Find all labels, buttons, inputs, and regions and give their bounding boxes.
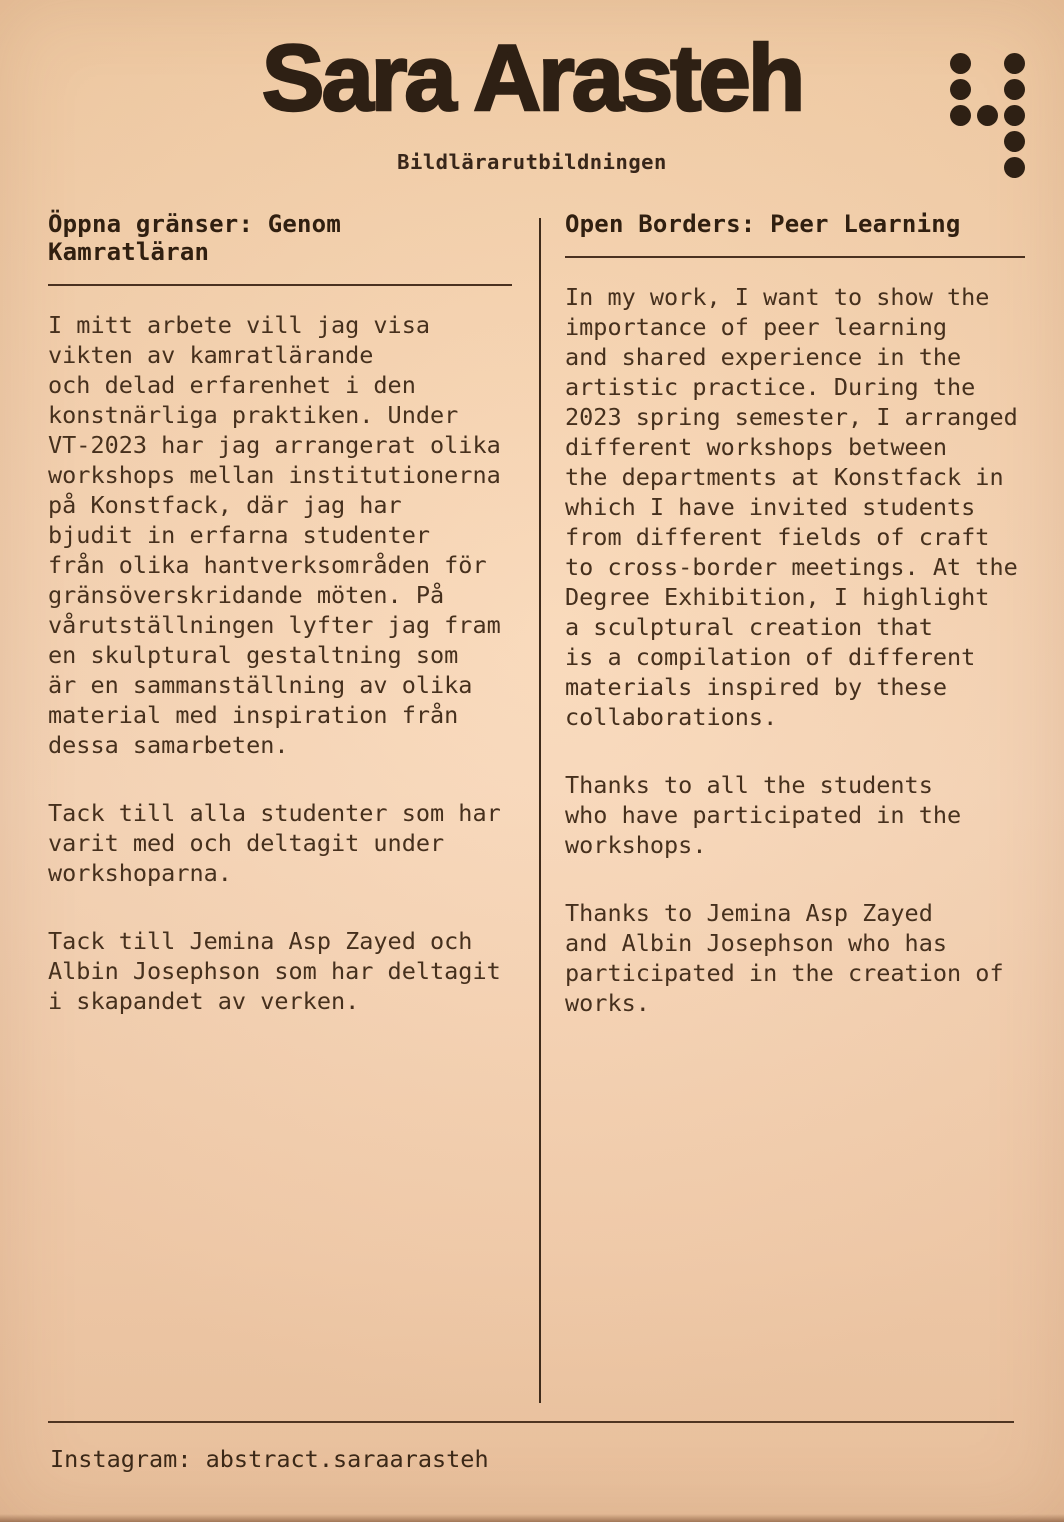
swedish-paragraph-2: Tack till alla studenter som har varit m… (48, 798, 512, 888)
logo-dot (950, 79, 971, 100)
exhibition-info-sheet: Sara Arasteh Bildlärarutbildningen Öppna… (0, 0, 1064, 1522)
english-paragraph-3: Thanks to Jemina Asp Zayed and Albin Jos… (565, 898, 1025, 1018)
footer-divider (48, 1421, 1014, 1423)
logo-dot (1004, 131, 1025, 152)
logo-dot-empty (977, 131, 998, 152)
column-divider (539, 218, 541, 1403)
photo-bottom-shadow (0, 1514, 1064, 1522)
logo-dot (1004, 105, 1025, 126)
english-column: Open Borders: Peer Learning In my work, … (565, 210, 1025, 1056)
logo-dot-empty (977, 53, 998, 74)
swedish-heading: Öppna gränser: Genom Kamratläran (48, 210, 512, 286)
logo-dot (950, 105, 971, 126)
logo-dot-empty (977, 79, 998, 100)
english-paragraph-2: Thanks to all the students who have part… (565, 770, 1025, 860)
logo-dot (950, 53, 971, 74)
swedish-paragraph-3: Tack till Jemina Asp Zayed och Albin Jos… (48, 926, 512, 1016)
program-subtitle: Bildlärarutbildningen (0, 150, 1064, 174)
logo-dot (977, 105, 998, 126)
page-title: Sara Arasteh (0, 26, 1064, 129)
english-heading: Open Borders: Peer Learning (565, 210, 1025, 258)
english-paragraph-1: In my work, I want to show the importanc… (565, 282, 1025, 732)
swedish-paragraph-1: I mitt arbete vill jag visa vikten av ka… (48, 310, 512, 760)
swedish-column: Öppna gränser: Genom Kamratläran I mitt … (48, 210, 512, 1054)
instagram-handle: Instagram: abstract.saraarasteh (50, 1444, 489, 1474)
logo-dot-empty (950, 131, 971, 152)
logo-dot (1004, 79, 1025, 100)
logo-dot (1004, 53, 1025, 74)
